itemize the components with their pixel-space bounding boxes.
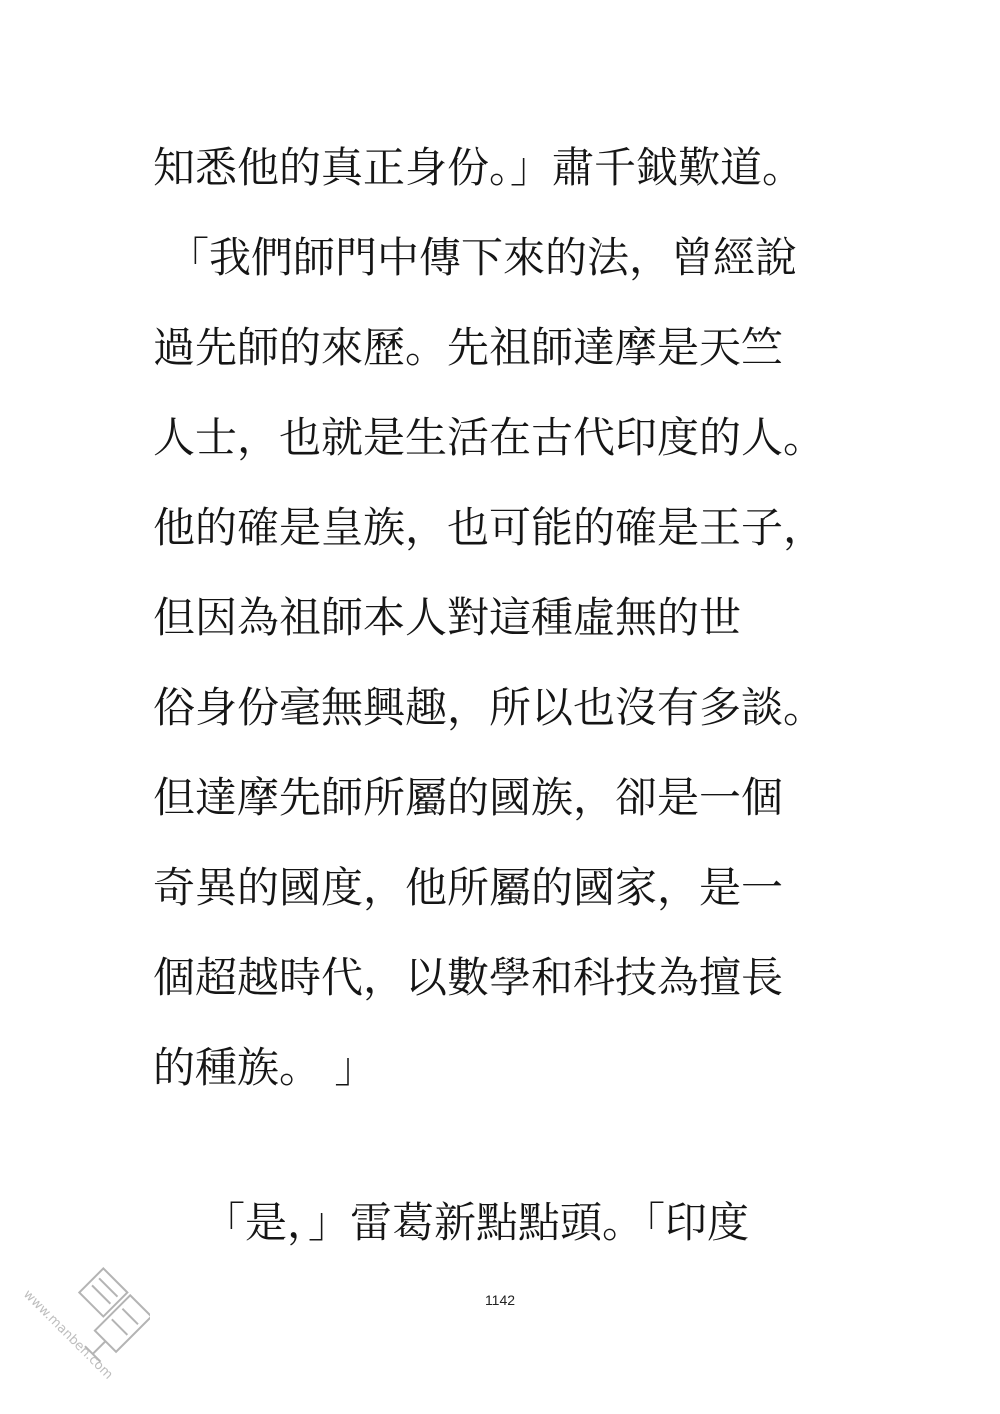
- text-line: 俗身份毫無興趣，所以也沒有多談。: [153, 678, 825, 738]
- text-line: 知悉他的真正身份。」肅千鉞歎道。: [153, 138, 804, 198]
- text-line: 的種族。 」: [153, 1038, 376, 1098]
- document-page: 知悉他的真正身份。」肅千鉞歎道。 「我們師門中傳下來的法，曾經說 過先師的來歷。…: [0, 0, 1000, 1414]
- text-line: 人士，也就是生活在古代印度的人。: [153, 408, 825, 468]
- text-line: 過先師的來歷。先祖師達摩是天竺: [153, 318, 783, 378]
- watermark-logo: www.manben.com: [10, 1262, 150, 1412]
- text-line: 個超越時代，以數學和科技為擅長: [153, 948, 783, 1008]
- text-line: 「是，」雷葛新點點頭。「印度: [203, 1193, 749, 1253]
- text-line: 他的確是皇族，也可能的確是王子，: [153, 498, 825, 558]
- text-line: 但因為祖師本人對這種虛無的世: [153, 588, 741, 648]
- watermark-icon: www.manben.com: [10, 1262, 150, 1412]
- text-line: 但達摩先師所屬的國族，卻是一個: [153, 768, 783, 828]
- text-line: 「我們師門中傳下來的法，曾經說: [167, 228, 797, 288]
- page-number: 1142: [0, 1292, 1000, 1308]
- text-line: 奇異的國度，他所屬的國家，是一: [153, 858, 783, 918]
- watermark-url: www.manben.com: [20, 1287, 116, 1383]
